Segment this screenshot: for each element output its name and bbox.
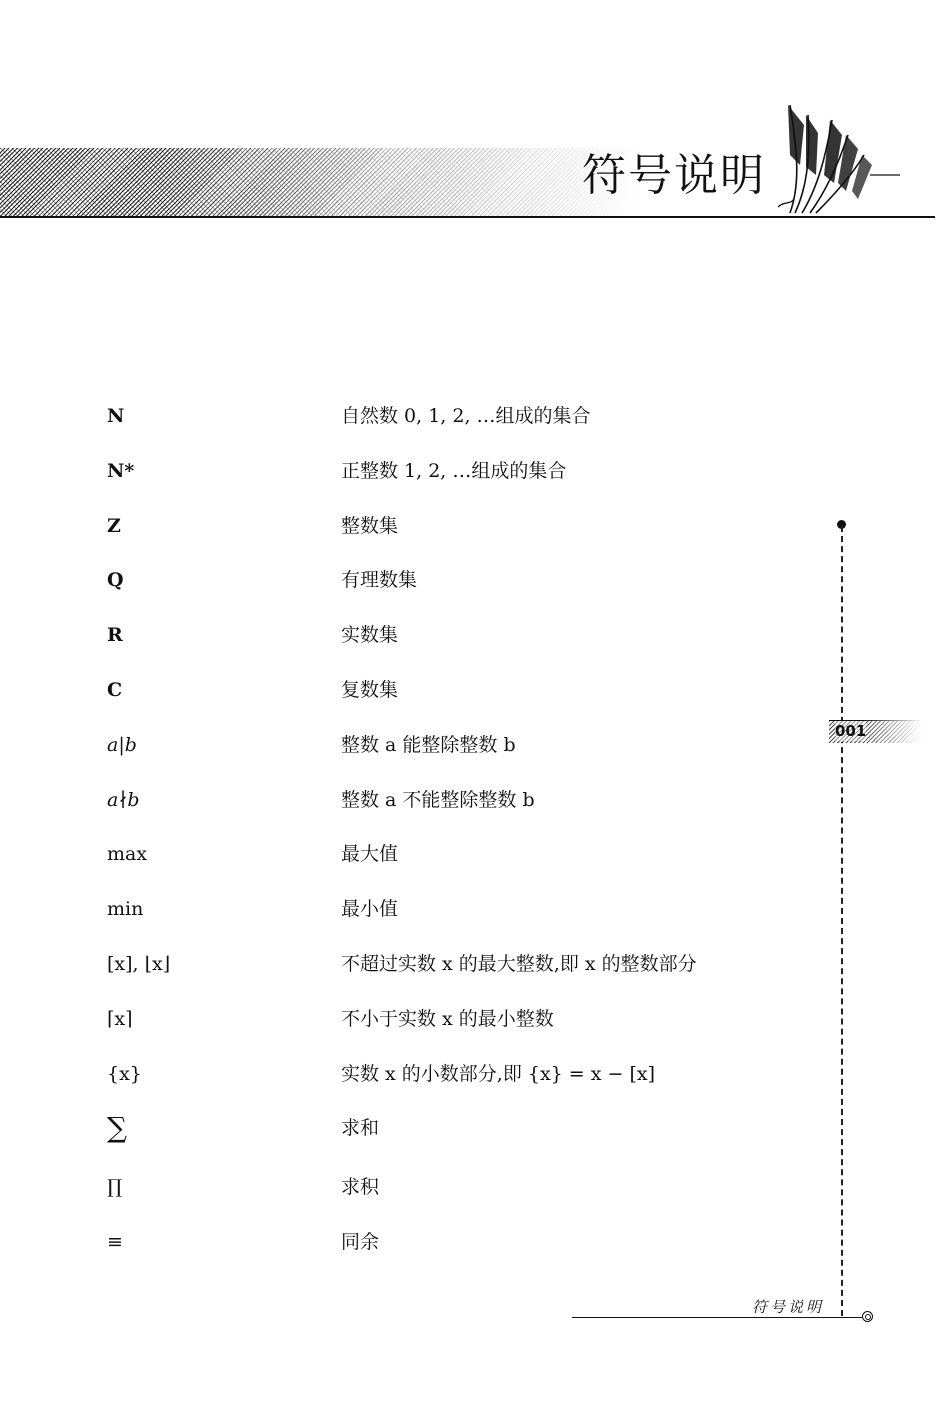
symbol: ⌈x⌉ bbox=[107, 1003, 133, 1035]
table-row: R 实数集 bbox=[107, 619, 807, 674]
table-row: Q 有理数集 bbox=[107, 564, 807, 619]
table-row: ≡ 同余 bbox=[107, 1226, 807, 1281]
symbol-description: 同余 bbox=[341, 1226, 379, 1258]
margin-dashed-line bbox=[841, 526, 843, 1316]
table-row: ∏ 求积 bbox=[107, 1171, 807, 1226]
table-row: a∤b 整数 a 不能整除整数 b bbox=[107, 784, 807, 839]
halftone-texture bbox=[0, 148, 640, 216]
symbol: max bbox=[107, 838, 147, 870]
running-footer-title: 符号说明 bbox=[752, 1296, 824, 1317]
symbol-description: 整数 a 能整除整数 b bbox=[341, 729, 516, 761]
symbol-description: 最小值 bbox=[341, 893, 398, 925]
symbol: ≡ bbox=[107, 1226, 123, 1258]
footer-rule bbox=[572, 1317, 862, 1318]
table-row: ∑ 求和 bbox=[107, 1112, 807, 1171]
table-row: a|b 整数 a 能整除整数 b bbox=[107, 729, 807, 784]
symbol-description: 求和 bbox=[341, 1112, 379, 1144]
table-row: max 最大值 bbox=[107, 838, 807, 893]
circle-ornament-icon bbox=[862, 1311, 873, 1322]
symbol: N* bbox=[107, 455, 134, 487]
symbol: ∑ bbox=[107, 1112, 127, 1144]
chapter-header: 符号说明 bbox=[0, 140, 939, 220]
page-number: 001 bbox=[835, 721, 866, 741]
reed-grass-icon bbox=[760, 95, 910, 220]
symbol: {x} bbox=[107, 1058, 142, 1090]
symbol: min bbox=[107, 893, 143, 925]
symbol-description: 求积 bbox=[341, 1171, 379, 1203]
symbol: Z bbox=[107, 510, 121, 542]
table-row: [x], ⌊x⌋ 不超过实数 x 的最大整数,即 x 的整数部分 bbox=[107, 948, 807, 1003]
symbol-description: 最大值 bbox=[341, 838, 398, 870]
symbol-description: 自然数 0, 1, 2, …组成的集合 bbox=[341, 400, 591, 432]
symbol-description: 有理数集 bbox=[341, 564, 417, 596]
symbol: R bbox=[107, 619, 123, 651]
table-row: C 复数集 bbox=[107, 674, 807, 729]
table-row: N* 正整数 1, 2, …组成的集合 bbox=[107, 455, 807, 510]
symbol-table: N 自然数 0, 1, 2, …组成的集合 N* 正整数 1, 2, …组成的集… bbox=[107, 400, 807, 1281]
table-row: N 自然数 0, 1, 2, …组成的集合 bbox=[107, 400, 807, 455]
table-row: min 最小值 bbox=[107, 893, 807, 948]
symbol: Q bbox=[107, 564, 124, 596]
symbol: [x], ⌊x⌋ bbox=[107, 948, 170, 980]
symbol: N bbox=[107, 400, 124, 432]
symbol: a|b bbox=[107, 729, 137, 761]
symbol-description: 整数 a 不能整除整数 b bbox=[341, 784, 535, 816]
symbol-description: 不超过实数 x 的最大整数,即 x 的整数部分 bbox=[341, 948, 697, 980]
page-number-tab: 001 bbox=[829, 720, 939, 742]
table-row: {x} 实数 x 的小数部分,即 {x} = x − [x] bbox=[107, 1058, 807, 1113]
symbol-description: 实数 x 的小数部分,即 {x} = x − [x] bbox=[341, 1058, 655, 1090]
symbol-description: 实数集 bbox=[341, 619, 398, 651]
table-row: ⌈x⌉ 不小于实数 x 的最小整数 bbox=[107, 1003, 807, 1058]
symbol-description: 复数集 bbox=[341, 674, 398, 706]
symbol: C bbox=[107, 674, 122, 706]
symbol-description: 不小于实数 x 的最小整数 bbox=[341, 1003, 554, 1035]
symbol: ∏ bbox=[107, 1171, 122, 1203]
table-row: Z 整数集 bbox=[107, 510, 807, 565]
symbol: a∤b bbox=[107, 784, 140, 816]
symbol-description: 正整数 1, 2, …组成的集合 bbox=[341, 455, 566, 487]
page-title: 符号说明 bbox=[582, 154, 766, 198]
symbol-description: 整数集 bbox=[341, 510, 398, 542]
